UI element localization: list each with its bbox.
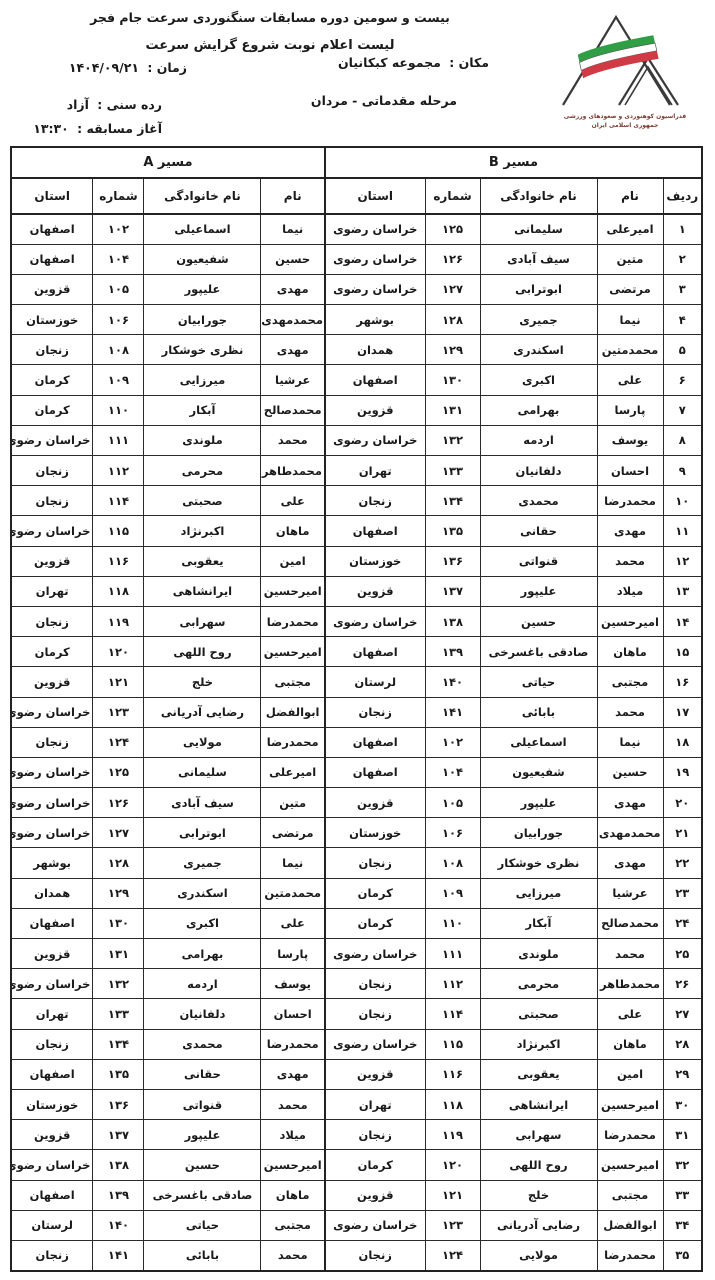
table-row: ۱۰ محمدرضا محمدی ۱۳۴ زنجان علی صحبتی ۱۱۴… bbox=[11, 486, 702, 516]
cell-a-first-name: محمد bbox=[261, 1089, 325, 1119]
cell-a-last-name: صحبتی bbox=[144, 486, 261, 516]
cell-a-province: اصفهان bbox=[11, 1059, 93, 1089]
competition-title: بیست و سومین دوره مسابقات سنگنوردی سرعت … bbox=[0, 10, 540, 25]
route-band-row: مسیر B مسیر A bbox=[11, 147, 702, 178]
cell-b-last-name: اردمه bbox=[480, 425, 597, 455]
cell-a-province: خراسان رضوی bbox=[11, 969, 93, 999]
cell-rank: ۷ bbox=[663, 395, 702, 425]
cell-rank: ۴ bbox=[663, 305, 702, 335]
cell-a-last-name: حسین bbox=[144, 1150, 261, 1180]
table-row: ۳۲ امیرحسین روح اللهی ۱۲۰ کرمان امیرحسین… bbox=[11, 1150, 702, 1180]
location-value: مجموعه کبکانیان bbox=[338, 55, 441, 70]
cell-b-province: خوزستان bbox=[325, 546, 425, 576]
cell-b-province: زنجان bbox=[325, 486, 425, 516]
cell-b-number: ۱۰۴ bbox=[425, 757, 480, 787]
col-header-b-number: شماره bbox=[425, 178, 480, 214]
cell-a-first-name: ماهان bbox=[261, 516, 325, 546]
cell-a-province: زنجان bbox=[11, 1240, 93, 1270]
cell-b-last-name: روح اللهی bbox=[480, 1150, 597, 1180]
cell-rank: ۳۲ bbox=[663, 1150, 702, 1180]
cell-b-number: ۱۱۶ bbox=[425, 1059, 480, 1089]
table-row: ۱۳ میلاد علیپور ۱۳۷ قزوین امیرحسین ایران… bbox=[11, 576, 702, 606]
cell-a-last-name: سیف آبادی bbox=[144, 788, 261, 818]
cell-b-number: ۱۲۶ bbox=[425, 244, 480, 274]
cell-rank: ۳۴ bbox=[663, 1210, 702, 1240]
cell-b-province: خراسان رضوی bbox=[325, 425, 425, 455]
cell-b-province: خوزستان bbox=[325, 818, 425, 848]
cell-b-number: ۱۳۷ bbox=[425, 576, 480, 606]
cell-rank: ۱۰ bbox=[663, 486, 702, 516]
table-row: ۹ احسان دلفانیان ۱۳۳ تهران محمدطاهر محرم… bbox=[11, 456, 702, 486]
cell-a-number: ۱۱۴ bbox=[93, 486, 144, 516]
cell-b-number: ۱۱۸ bbox=[425, 1089, 480, 1119]
cell-b-number: ۱۴۰ bbox=[425, 667, 480, 697]
cell-a-first-name: ماهان bbox=[261, 1180, 325, 1210]
cell-a-province: اصفهان bbox=[11, 214, 93, 244]
cell-b-province: زنجان bbox=[325, 969, 425, 999]
cell-b-province: زنجان bbox=[325, 999, 425, 1029]
cell-b-number: ۱۳۰ bbox=[425, 365, 480, 395]
cell-a-number: ۱۱۵ bbox=[93, 516, 144, 546]
table-row: ۳۱ محمدرضا سهرابی ۱۱۹ زنجان میلاد علیپور… bbox=[11, 1120, 702, 1150]
cell-b-province: اصفهان bbox=[325, 637, 425, 667]
cell-a-number: ۱۱۲ bbox=[93, 456, 144, 486]
cell-b-last-name: دلفانیان bbox=[480, 456, 597, 486]
column-header-row: ردیف نام نام خانوادگی شماره استان نام نا… bbox=[11, 178, 702, 214]
cell-a-first-name: محمدصالح bbox=[261, 395, 325, 425]
cell-a-province: تهران bbox=[11, 576, 93, 606]
cell-b-province: اصفهان bbox=[325, 757, 425, 787]
date-value: ۱۴۰۴/۰۹/۲۱ bbox=[69, 60, 139, 75]
cell-a-first-name: امیرحسین bbox=[261, 1150, 325, 1180]
cell-b-province: زنجان bbox=[325, 697, 425, 727]
cell-rank: ۱۵ bbox=[663, 637, 702, 667]
cell-a-last-name: ابوترابی bbox=[144, 818, 261, 848]
col-header-b-last-name: نام خانوادگی bbox=[480, 178, 597, 214]
cell-rank: ۹ bbox=[663, 456, 702, 486]
cell-a-first-name: امیرحسین bbox=[261, 637, 325, 667]
cell-b-number: ۱۲۹ bbox=[425, 335, 480, 365]
cell-b-last-name: قنواتی bbox=[480, 546, 597, 576]
cell-a-province: خراسان رضوی bbox=[11, 516, 93, 546]
table-row: ۲۵ محمد ملوندی ۱۱۱ خراسان رضوی پارسا بهر… bbox=[11, 939, 702, 969]
start-time-line: آغاز مسابقه : ۱۳:۳۰ bbox=[33, 121, 162, 136]
cell-rank: ۱۹ bbox=[663, 757, 702, 787]
table-row: ۱۱ مهدی حقانی ۱۳۵ اصفهان ماهان اکبرنژاد … bbox=[11, 516, 702, 546]
cell-a-first-name: مرتضی bbox=[261, 818, 325, 848]
cell-a-province: بوشهر bbox=[11, 848, 93, 878]
cell-rank: ۲۹ bbox=[663, 1059, 702, 1089]
cell-a-first-name: مهدی bbox=[261, 274, 325, 304]
cell-a-number: ۱۲۵ bbox=[93, 757, 144, 787]
cell-b-last-name: محمدی bbox=[480, 486, 597, 516]
location-label: مکان : bbox=[449, 55, 489, 70]
cell-rank: ۶ bbox=[663, 365, 702, 395]
table-row: ۲۸ ماهان اکبرنژاد ۱۱۵ خراسان رضوی محمدرض… bbox=[11, 1029, 702, 1059]
start-time-label: آغاز مسابقه : bbox=[77, 121, 162, 136]
table-row: ۲ متین سیف آبادی ۱۲۶ خراسان رضوی حسین شف… bbox=[11, 244, 702, 274]
cell-b-province: زنجان bbox=[325, 1240, 425, 1270]
cell-a-province: کرمان bbox=[11, 395, 93, 425]
cell-b-number: ۱۳۸ bbox=[425, 606, 480, 636]
cell-a-province: خراسان رضوی bbox=[11, 1150, 93, 1180]
cell-b-number: ۱۲۱ bbox=[425, 1180, 480, 1210]
cell-a-province: اصفهان bbox=[11, 244, 93, 274]
cell-a-last-name: سهرابی bbox=[144, 606, 261, 636]
cell-a-number: ۱۰۲ bbox=[93, 214, 144, 244]
cell-a-last-name: صادقی باغسرخی bbox=[144, 1180, 261, 1210]
route-b-band: مسیر B bbox=[325, 147, 702, 178]
cell-b-province: قزوین bbox=[325, 576, 425, 606]
cell-b-last-name: سهرابی bbox=[480, 1120, 597, 1150]
start-list-table: مسیر B مسیر A ردیف نام نام خانوادگی شمار… bbox=[10, 146, 703, 1272]
cell-rank: ۲۸ bbox=[663, 1029, 702, 1059]
cell-b-first-name: محمدرضا bbox=[597, 1120, 663, 1150]
cell-a-first-name: علی bbox=[261, 486, 325, 516]
start-time-value: ۱۳:۳۰ bbox=[33, 121, 69, 136]
cell-a-last-name: جورابیان bbox=[144, 305, 261, 335]
cell-b-first-name: محمد bbox=[597, 546, 663, 576]
cell-b-first-name: متین bbox=[597, 244, 663, 274]
cell-rank: ۲۵ bbox=[663, 939, 702, 969]
cell-a-first-name: محمدرضا bbox=[261, 727, 325, 757]
cell-b-number: ۱۱۱ bbox=[425, 939, 480, 969]
table-row: ۲۰ مهدی علیپور ۱۰۵ قزوین متین سیف آبادی … bbox=[11, 788, 702, 818]
cell-b-province: لرستان bbox=[325, 667, 425, 697]
cell-b-last-name: حیاتی bbox=[480, 667, 597, 697]
table-row: ۲۱ محمدمهدی جورابیان ۱۰۶ خوزستان مرتضی ا… bbox=[11, 818, 702, 848]
cell-b-last-name: صادقی باغسرخی bbox=[480, 637, 597, 667]
roster-table-body: ۱ امیرعلی سلیمانی ۱۲۵ خراسان رضوی نیما ا… bbox=[11, 214, 702, 1271]
cell-rank: ۲۳ bbox=[663, 878, 702, 908]
cell-b-first-name: علی bbox=[597, 365, 663, 395]
cell-a-province: قزوین bbox=[11, 1120, 93, 1150]
age-category-label: رده سنی : bbox=[97, 97, 162, 112]
cell-rank: ۲ bbox=[663, 244, 702, 274]
cell-a-province: زنجان bbox=[11, 1029, 93, 1059]
cell-b-number: ۱۱۴ bbox=[425, 999, 480, 1029]
table-row: ۱۲ محمد قنواتی ۱۳۶ خوزستان امین یعقوبی ۱… bbox=[11, 546, 702, 576]
cell-a-last-name: دلفانیان bbox=[144, 999, 261, 1029]
cell-a-first-name: پارسا bbox=[261, 939, 325, 969]
cell-b-first-name: مجتبی bbox=[597, 667, 663, 697]
date-label: زمان : bbox=[147, 60, 187, 75]
cell-b-province: کرمان bbox=[325, 1150, 425, 1180]
cell-a-first-name: مهدی bbox=[261, 335, 325, 365]
cell-b-province: کرمان bbox=[325, 908, 425, 938]
cell-rank: ۲۶ bbox=[663, 969, 702, 999]
cell-b-last-name: خلج bbox=[480, 1180, 597, 1210]
cell-a-number: ۱۰۶ bbox=[93, 305, 144, 335]
cell-b-first-name: محمدطاهر bbox=[597, 969, 663, 999]
col-header-b-province: استان bbox=[325, 178, 425, 214]
cell-b-number: ۱۲۳ bbox=[425, 1210, 480, 1240]
cell-a-province: خوزستان bbox=[11, 305, 93, 335]
cell-b-first-name: مهدی bbox=[597, 516, 663, 546]
cell-b-last-name: صحبتی bbox=[480, 999, 597, 1029]
cell-a-last-name: نظری خوشکار bbox=[144, 335, 261, 365]
cell-a-number: ۱۱۸ bbox=[93, 576, 144, 606]
route-a-band: مسیر A bbox=[11, 147, 325, 178]
age-category-value: آزاد bbox=[67, 97, 89, 112]
cell-rank: ۳۱ bbox=[663, 1120, 702, 1150]
cell-b-first-name: محمدمتین bbox=[597, 335, 663, 365]
cell-a-first-name: محمدرضا bbox=[261, 606, 325, 636]
table-row: ۴ نیما جمیری ۱۲۸ بوشهر محمدمهدی جورابیان… bbox=[11, 305, 702, 335]
cell-a-first-name: محمدرضا bbox=[261, 1029, 325, 1059]
date-line: زمان : ۱۴۰۴/۰۹/۲۱ bbox=[69, 60, 187, 75]
cell-b-number: ۱۰۶ bbox=[425, 818, 480, 848]
cell-b-last-name: نظری خوشکار bbox=[480, 848, 597, 878]
cell-rank: ۲۰ bbox=[663, 788, 702, 818]
cell-b-province: خراسان رضوی bbox=[325, 1210, 425, 1240]
cell-b-province: خراسان رضوی bbox=[325, 274, 425, 304]
cell-rank: ۳۳ bbox=[663, 1180, 702, 1210]
cell-b-last-name: اسماعیلی bbox=[480, 727, 597, 757]
cell-a-number: ۱۲۳ bbox=[93, 697, 144, 727]
cell-a-number: ۱۳۳ bbox=[93, 999, 144, 1029]
cell-b-number: ۱۱۰ bbox=[425, 908, 480, 938]
cell-b-last-name: جورابیان bbox=[480, 818, 597, 848]
cell-a-number: ۱۱۹ bbox=[93, 606, 144, 636]
cell-b-last-name: شفیعیون bbox=[480, 757, 597, 787]
cell-b-number: ۱۳۹ bbox=[425, 637, 480, 667]
table-row: ۵ محمدمتین اسکندری ۱۲۹ همدان مهدی نظری خ… bbox=[11, 335, 702, 365]
cell-b-first-name: محمدرضا bbox=[597, 1240, 663, 1270]
col-header-a-first-name: نام bbox=[261, 178, 325, 214]
cell-rank: ۳۵ bbox=[663, 1240, 702, 1270]
cell-b-province: کرمان bbox=[325, 878, 425, 908]
cell-a-last-name: اکبرنژاد bbox=[144, 516, 261, 546]
cell-a-first-name: احسان bbox=[261, 999, 325, 1029]
cell-b-first-name: مهدی bbox=[597, 788, 663, 818]
cell-a-province: قزوین bbox=[11, 939, 93, 969]
cell-a-first-name: یوسف bbox=[261, 969, 325, 999]
cell-a-last-name: شفیعیون bbox=[144, 244, 261, 274]
cell-a-province: خراسان رضوی bbox=[11, 818, 93, 848]
table-row: ۱۹ حسین شفیعیون ۱۰۴ اصفهان امیرعلی سلیما… bbox=[11, 757, 702, 787]
cell-a-last-name: علیپور bbox=[144, 274, 261, 304]
logo-caption-line1: فدراسیون کوهنوردی و صعودهای ورزشی bbox=[564, 113, 686, 120]
cell-a-number: ۱۲۴ bbox=[93, 727, 144, 757]
col-header-b-first-name: نام bbox=[597, 178, 663, 214]
cell-a-number: ۱۲۱ bbox=[93, 667, 144, 697]
cell-rank: ۸ bbox=[663, 425, 702, 455]
table-row: ۲۶ محمدطاهر محرمی ۱۱۲ زنجان یوسف اردمه ۱… bbox=[11, 969, 702, 999]
table-row: ۳۰ امیرحسین ایرانشاهی ۱۱۸ تهران محمد قنو… bbox=[11, 1089, 702, 1119]
cell-a-last-name: علیپور bbox=[144, 1120, 261, 1150]
table-row: ۲۳ عرشیا میرزایی ۱۰۹ کرمان محمدمتین اسکن… bbox=[11, 878, 702, 908]
cell-rank: ۱۷ bbox=[663, 697, 702, 727]
cell-b-province: قزوین bbox=[325, 1059, 425, 1089]
cell-a-province: زنجان bbox=[11, 486, 93, 516]
cell-b-first-name: امیرعلی bbox=[597, 214, 663, 244]
cell-rank: ۱۸ bbox=[663, 727, 702, 757]
table-row: ۳۵ محمدرضا مولایی ۱۲۴ زنجان محمد بابائی … bbox=[11, 1240, 702, 1270]
cell-a-last-name: اسماعیلی bbox=[144, 214, 261, 244]
cell-b-first-name: نیما bbox=[597, 727, 663, 757]
cell-b-number: ۱۲۰ bbox=[425, 1150, 480, 1180]
age-category-line: رده سنی : آزاد bbox=[67, 97, 162, 112]
cell-b-number: ۱۲۴ bbox=[425, 1240, 480, 1270]
cell-b-province: تهران bbox=[325, 1089, 425, 1119]
table-row: ۳۴ ابوالفضل رضایی آدریانی ۱۲۳ خراسان رضو… bbox=[11, 1210, 702, 1240]
table-row: ۱۸ نیما اسماعیلی ۱۰۲ اصفهان محمدرضا مولا… bbox=[11, 727, 702, 757]
cell-b-last-name: سیف آبادی bbox=[480, 244, 597, 274]
col-header-a-province: استان bbox=[11, 178, 93, 214]
table-row: ۳ مرتضی ابوترابی ۱۲۷ خراسان رضوی مهدی عل… bbox=[11, 274, 702, 304]
cell-b-first-name: میلاد bbox=[597, 576, 663, 606]
cell-b-first-name: محمد bbox=[597, 939, 663, 969]
cell-a-first-name: متین bbox=[261, 788, 325, 818]
table-row: ۲۹ امین یعقوبی ۱۱۶ قزوین مهدی حقانی ۱۳۵ … bbox=[11, 1059, 702, 1089]
cell-rank: ۵ bbox=[663, 335, 702, 365]
cell-b-number: ۱۱۲ bbox=[425, 969, 480, 999]
cell-b-first-name: عرشیا bbox=[597, 878, 663, 908]
cell-b-province: بوشهر bbox=[325, 305, 425, 335]
cell-b-number: ۱۳۴ bbox=[425, 486, 480, 516]
cell-b-first-name: امیرحسین bbox=[597, 1089, 663, 1119]
cell-b-last-name: حسین bbox=[480, 606, 597, 636]
cell-a-first-name: محمد bbox=[261, 425, 325, 455]
cell-a-province: زنجان bbox=[11, 606, 93, 636]
col-header-a-number: شماره bbox=[93, 178, 144, 214]
cell-b-last-name: مولایی bbox=[480, 1240, 597, 1270]
cell-a-first-name: امیرحسین bbox=[261, 576, 325, 606]
cell-b-number: ۱۳۳ bbox=[425, 456, 480, 486]
cell-a-last-name: سلیمانی bbox=[144, 757, 261, 787]
cell-a-last-name: یعقوبی bbox=[144, 546, 261, 576]
cell-b-last-name: اکبری bbox=[480, 365, 597, 395]
cell-b-province: خراسان رضوی bbox=[325, 1029, 425, 1059]
cell-b-province: خراسان رضوی bbox=[325, 939, 425, 969]
cell-b-province: خراسان رضوی bbox=[325, 606, 425, 636]
cell-a-province: اصفهان bbox=[11, 1180, 93, 1210]
cell-b-last-name: سلیمانی bbox=[480, 214, 597, 244]
cell-a-first-name: علی bbox=[261, 908, 325, 938]
cell-b-province: قزوین bbox=[325, 788, 425, 818]
cell-a-number: ۱۳۱ bbox=[93, 939, 144, 969]
cell-a-last-name: میرزایی bbox=[144, 365, 261, 395]
document-titles: بیست و سومین دوره مسابقات سنگنوردی سرعت … bbox=[0, 10, 540, 53]
cell-rank: ۱۴ bbox=[663, 606, 702, 636]
cell-b-first-name: محمدرضا bbox=[597, 486, 663, 516]
cell-b-first-name: محمد bbox=[597, 697, 663, 727]
cell-a-last-name: مولایی bbox=[144, 727, 261, 757]
cell-b-first-name: ماهان bbox=[597, 637, 663, 667]
list-title: لیست اعلام نوبت شروع گرایش سرعت bbox=[0, 38, 540, 53]
cell-rank: ۱ bbox=[663, 214, 702, 244]
cell-a-last-name: قنواتی bbox=[144, 1089, 261, 1119]
cell-b-number: ۱۳۵ bbox=[425, 516, 480, 546]
cell-a-first-name: محمدطاهر bbox=[261, 456, 325, 486]
cell-a-number: ۱۲۸ bbox=[93, 848, 144, 878]
iran-flag-stripes-icon bbox=[577, 34, 659, 78]
cell-a-province: کرمان bbox=[11, 365, 93, 395]
cell-a-last-name: روح اللهی bbox=[144, 637, 261, 667]
cell-b-last-name: حقانی bbox=[480, 516, 597, 546]
cell-b-number: ۱۰۲ bbox=[425, 727, 480, 757]
col-header-a-last-name: نام خانوادگی bbox=[144, 178, 261, 214]
cell-b-first-name: امیرحسین bbox=[597, 1150, 663, 1180]
table-row: ۳۳ مجتبی خلج ۱۲۱ قزوین ماهان صادقی باغسر… bbox=[11, 1180, 702, 1210]
cell-a-number: ۱۱۶ bbox=[93, 546, 144, 576]
cell-a-province: کرمان bbox=[11, 637, 93, 667]
cell-a-province: خوزستان bbox=[11, 1089, 93, 1119]
table-row: ۲۴ محمدصالح آبکار ۱۱۰ کرمان علی اکبری ۱۳… bbox=[11, 908, 702, 938]
cell-a-province: زنجان bbox=[11, 727, 93, 757]
col-header-rank: ردیف bbox=[663, 178, 702, 214]
cell-rank: ۱۱ bbox=[663, 516, 702, 546]
cell-a-first-name: ابوالفضل bbox=[261, 697, 325, 727]
cell-b-first-name: محمدصالح bbox=[597, 908, 663, 938]
cell-a-province: قزوین bbox=[11, 546, 93, 576]
cell-b-last-name: ایرانشاهی bbox=[480, 1089, 597, 1119]
cell-b-last-name: ملوندی bbox=[480, 939, 597, 969]
cell-a-number: ۱۳۰ bbox=[93, 908, 144, 938]
cell-a-last-name: حیاتی bbox=[144, 1210, 261, 1240]
table-row: ۱۶ مجتبی حیاتی ۱۴۰ لرستان مجتبی خلج ۱۲۱ … bbox=[11, 667, 702, 697]
cell-b-province: اصفهان bbox=[325, 365, 425, 395]
cell-a-province: قزوین bbox=[11, 274, 93, 304]
table-row: ۲۷ علی صحبتی ۱۱۴ زنجان احسان دلفانیان ۱۳… bbox=[11, 999, 702, 1029]
cell-b-number: ۱۱۵ bbox=[425, 1029, 480, 1059]
cell-b-last-name: رضایی آدریانی bbox=[480, 1210, 597, 1240]
cell-a-number: ۱۳۶ bbox=[93, 1089, 144, 1119]
cell-a-first-name: محمدمتین bbox=[261, 878, 325, 908]
cell-b-last-name: ابوترابی bbox=[480, 274, 597, 304]
cell-b-province: زنجان bbox=[325, 1120, 425, 1150]
cell-a-number: ۱۲۷ bbox=[93, 818, 144, 848]
cell-a-last-name: محمدی bbox=[144, 1029, 261, 1059]
cell-b-last-name: علیپور bbox=[480, 788, 597, 818]
cell-a-first-name: محمد bbox=[261, 1240, 325, 1270]
cell-a-number: ۱۳۷ bbox=[93, 1120, 144, 1150]
cell-b-province: اصفهان bbox=[325, 516, 425, 546]
cell-b-number: ۱۳۲ bbox=[425, 425, 480, 455]
cell-b-last-name: یعقوبی bbox=[480, 1059, 597, 1089]
cell-a-number: ۱۳۹ bbox=[93, 1180, 144, 1210]
cell-a-last-name: اکبری bbox=[144, 908, 261, 938]
cell-b-last-name: بابائی bbox=[480, 697, 597, 727]
cell-a-last-name: اسکندری bbox=[144, 878, 261, 908]
table-row: ۸ یوسف اردمه ۱۳۲ خراسان رضوی محمد ملوندی… bbox=[11, 425, 702, 455]
cell-b-province: زنجان bbox=[325, 848, 425, 878]
cell-a-province: خراسان رضوی bbox=[11, 757, 93, 787]
cell-rank: ۱۶ bbox=[663, 667, 702, 697]
cell-b-first-name: محمدمهدی bbox=[597, 818, 663, 848]
cell-a-last-name: آبکار bbox=[144, 395, 261, 425]
table-row: ۱۴ امیرحسین حسین ۱۳۸ خراسان رضوی محمدرضا… bbox=[11, 606, 702, 636]
cell-b-first-name: مهدی bbox=[597, 848, 663, 878]
cell-b-last-name: جمیری bbox=[480, 305, 597, 335]
cell-b-province: همدان bbox=[325, 335, 425, 365]
table-row: ۱ امیرعلی سلیمانی ۱۲۵ خراسان رضوی نیما ا… bbox=[11, 214, 702, 244]
cell-a-province: خراسان رضوی bbox=[11, 697, 93, 727]
cell-b-first-name: نیما bbox=[597, 305, 663, 335]
cell-b-number: ۱۲۵ bbox=[425, 214, 480, 244]
cell-b-last-name: علیپور bbox=[480, 576, 597, 606]
cell-a-first-name: حسین bbox=[261, 244, 325, 274]
table-row: ۶ علی اکبری ۱۳۰ اصفهان عرشیا میرزایی ۱۰۹… bbox=[11, 365, 702, 395]
cell-a-last-name: ایرانشاهی bbox=[144, 576, 261, 606]
cell-a-first-name: امین bbox=[261, 546, 325, 576]
cell-a-last-name: ملوندی bbox=[144, 425, 261, 455]
cell-b-first-name: ابوالفضل bbox=[597, 1210, 663, 1240]
cell-a-number: ۱۳۵ bbox=[93, 1059, 144, 1089]
table-row: ۱۵ ماهان صادقی باغسرخی ۱۳۹ اصفهان امیرحس… bbox=[11, 637, 702, 667]
cell-a-province: لرستان bbox=[11, 1210, 93, 1240]
